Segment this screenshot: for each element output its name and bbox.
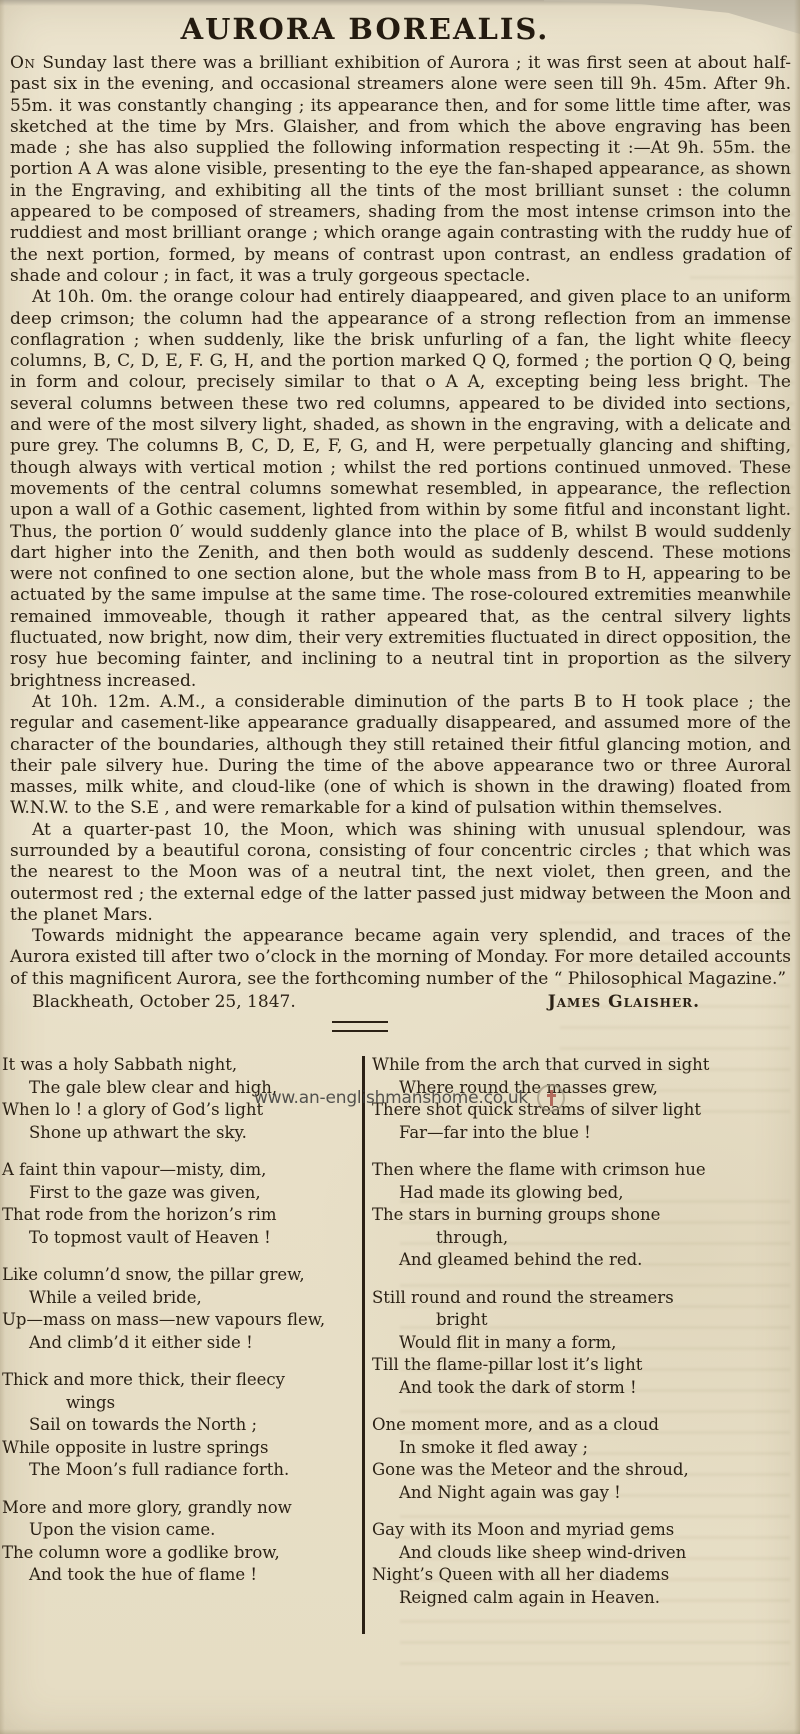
poem-line: And climb’d it either side ! (2, 1332, 358, 1355)
poem-line: Reigned calm again in Heaven. (372, 1587, 792, 1610)
article-paragraph: On Sunday last there was a brilliant exh… (10, 53, 791, 287)
poem-line: Sail on towards the North ; (2, 1414, 358, 1437)
poem-line: Still round and round the streamers (372, 1287, 792, 1310)
poem-line: Would flit in many a form, (372, 1332, 792, 1355)
poem-stanza: Still round and round the streamersbrigh… (372, 1287, 792, 1400)
poem-line: Up—mass on mass—new vapours flew, (2, 1309, 358, 1332)
poem-line: And clouds like sheep wind-driven (372, 1542, 792, 1565)
poem-stanza: Then where the flame with crimson hueHad… (372, 1159, 792, 1272)
author-signature: James Glaisher. (548, 992, 700, 1012)
poem-line: through, (372, 1227, 792, 1250)
poem-left-column: It was a holy Sabbath night,The gale ble… (0, 1054, 358, 1624)
poem-line: A faint thin vapour—misty, dim, (2, 1159, 358, 1182)
poem-line: More and more glory, grandly now (2, 1497, 358, 1520)
poem-stanza: Gay with its Moon and myriad gemsAnd clo… (372, 1519, 792, 1609)
article-title: AURORA BOREALIS. (0, 12, 730, 46)
poem-stanza: Like column’d snow, the pillar grew,Whil… (2, 1264, 358, 1354)
article-paragraph: At a quarter-past 10, the Moon, which wa… (10, 820, 791, 926)
poem-line: Upon the vision came. (2, 1519, 358, 1542)
poem-line: To topmost vault of Heaven ! (2, 1227, 358, 1250)
poem-right-column: While from the arch that curved in sight… (358, 1054, 792, 1624)
clipping-bottom-edge (0, 1729, 800, 1734)
poem-line: Like column’d snow, the pillar grew, (2, 1264, 358, 1287)
poem-line: Far—far into the blue ! (372, 1122, 792, 1145)
poem-line: That rode from the horizon’s rim (2, 1204, 358, 1227)
article-paragraph: At 10h. 0m. the orange colour had entire… (10, 287, 791, 692)
poem-line: Gay with its Moon and myriad gems (372, 1519, 792, 1542)
poem-stanza: One moment more, and as a cloudIn smoke … (372, 1414, 792, 1504)
poem-line: And took the dark of storm ! (372, 1377, 792, 1400)
section-divider (332, 1021, 388, 1032)
paragraph-lead: On (10, 53, 42, 73)
watermark-text: www.an-englishmanshome.co.uk (254, 1088, 528, 1108)
poem-line: Had made its glowing bed, (372, 1182, 792, 1205)
poem-line: While opposite in lustre springs (2, 1437, 358, 1460)
poem-line: One moment more, and as a cloud (372, 1414, 792, 1437)
poem-line: Till the flame-pillar lost it’s light (372, 1354, 792, 1377)
clipping-right-edge (794, 0, 800, 1734)
poem-column-divider (362, 1056, 365, 1634)
poem-line: bright (372, 1309, 792, 1332)
watermark: www.an-englishmanshome.co.uk (254, 1084, 565, 1112)
poem-line: Then where the flame with crimson hue (372, 1159, 792, 1182)
poem-line: And Night again was gay ! (372, 1482, 792, 1505)
poem-line: In smoke it fled away ; (372, 1437, 792, 1460)
poem-line: The stars in burning groups shone (372, 1204, 792, 1227)
poem-line: First to the gaze was given, (2, 1182, 358, 1205)
article-paragraph: Towards midnight the appearance became a… (10, 926, 791, 990)
clipping-left-edge (0, 0, 5, 1734)
poem-stanza: More and more glory, grandly nowUpon the… (2, 1497, 358, 1587)
poem-line: The Moon’s full radiance forth. (2, 1459, 358, 1482)
poem-section: It was a holy Sabbath night,The gale ble… (0, 1054, 800, 1624)
poem-line: It was a holy Sabbath night, (2, 1054, 358, 1077)
poem-stanza: Thick and more thick, their fleecywingsS… (2, 1369, 358, 1482)
watermark-crest-icon (537, 1084, 565, 1112)
poem-line: Shone up athwart the sky. (2, 1122, 358, 1145)
article-body: On Sunday last there was a brilliant exh… (0, 53, 800, 990)
poem-line: While a veiled bride, (2, 1287, 358, 1310)
poem-line: While from the arch that curved in sight (372, 1054, 792, 1077)
poem-stanza: A faint thin vapour—misty, dim,First to … (2, 1159, 358, 1249)
poem-line: The column wore a godlike brow, (2, 1542, 358, 1565)
signature-row: Blackheath, October 25, 1847. James Glai… (0, 990, 800, 1012)
poem-line: And gleamed behind the red. (372, 1249, 792, 1272)
newspaper-clipping: AURORA BOREALIS. On Sunday last there wa… (0, 0, 800, 1734)
poem-line: Gone was the Meteor and the shroud, (372, 1459, 792, 1482)
poem-line: wings (2, 1392, 358, 1415)
poem-line: Night’s Queen with all her diadems (372, 1564, 792, 1587)
article-paragraph: At 10h. 12m. A.M., a considerable diminu… (10, 692, 791, 820)
poem-line: Thick and more thick, their fleecy (2, 1369, 358, 1392)
poem-line: And took the hue of flame ! (2, 1564, 358, 1587)
dateline: Blackheath, October 25, 1847. (32, 992, 296, 1012)
